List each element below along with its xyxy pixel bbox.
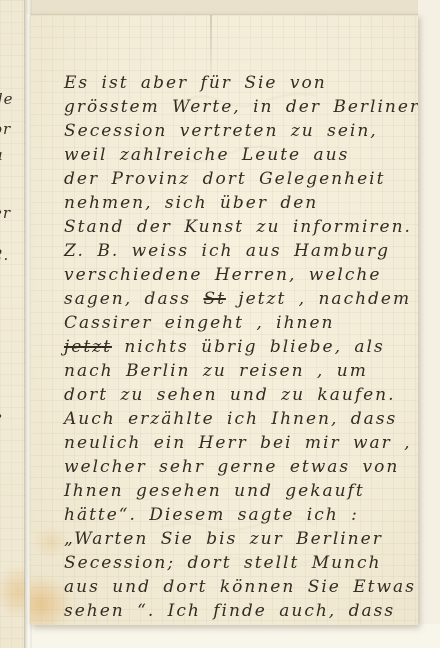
handwriting-segment: sagen, dass [64,289,203,309]
letter-page: Es ist aber für Sie vongrösstem Werte, i… [30,14,418,625]
handwriting-segment: Cassirer eingeht , ihnen [64,313,334,333]
letter-line: jetzt nichts übrig bliebe, als [64,335,418,359]
letter-line: Secession vertreten zu sein, [64,119,418,143]
letter-line: aus und dort können Sie Etwas [64,575,418,599]
letter-line: dort zu sehen und zu kaufen. [64,383,418,407]
handwriting-segment: hätte“. Diesem sagte ich : [64,505,359,525]
letter-line: hätte“. Diesem sagte ich : [64,503,418,527]
background-above-page [26,0,440,14]
handwriting-segment: nach Berlin zu reisen , um [64,361,368,381]
letter-line: Secession; dort stellt Munch [64,551,418,575]
letter-line: sehen “. Ich finde auch, dass [64,599,418,623]
handwriting-segment: aus und dort können Sie Etwas [64,577,416,597]
handwriting-segment: grösstem Werte, in der Berliner [64,97,418,117]
letter-line: der Provinz dort Gelegenheit [64,167,418,191]
letter-photo: deoruer2.e Es ist aber für Sie vongrösst… [0,0,440,648]
handwriting-segment: sehen “. Ich finde auch, dass [64,601,395,621]
handwriting-segment: neulich ein Herr bei mir war , [64,433,412,453]
crossed-out-word: jetzt [64,337,112,357]
handwriting-segment: der Provinz dort Gelegenheit [64,169,385,189]
handwriting-segment: Auch erzählte ich Ihnen, dass [64,409,397,429]
ink-stain-faint [34,527,68,557]
handwriting-segment: dort zu sehen und zu kaufen. [64,385,396,405]
letter-line: weil zahlreiche Leute aus [64,143,418,167]
ink-stain [0,566,25,618]
letter-line: welcher sehr gerne etwas von [64,455,418,479]
handwriting-segment: Ihnen gesehen und gekauft [64,481,365,501]
letter-line: Cassirer eingeht , ihnen [64,311,418,335]
letter-line: Ihnen gesehen und gekauft [64,479,418,503]
page-fragment: u [0,146,4,164]
background-below-page [26,624,440,648]
handwriting-segment: jetzt , nachdem [226,289,411,309]
letter-line: sagen, dass St jetzt , nachdem [64,287,418,311]
page-fragment: de [0,90,13,108]
letter-line: „Warten Sie bis zur Berliner [64,527,418,551]
letter-line: Stand der Kunst zu informiren. [64,215,418,239]
letter-line: nehmen, sich über den [64,191,418,215]
adjacent-page-strip: deoruer2.e [0,0,25,648]
letter-line: neulich ein Herr bei mir war , [64,431,418,455]
letter-line: Es ist aber für Sie von [64,71,418,95]
handwriting-segment: weil zahlreiche Leute aus [64,145,349,165]
handwriting-segment: Secession; dort stellt Munch [64,553,381,573]
letter-line: nach Berlin zu reisen , um [64,359,418,383]
letter-line: Z. B. weiss ich aus Hamburg [64,239,418,263]
handwriting-segment: Secession vertreten zu sein, [64,121,378,141]
letter-line: grösstem Werte, in der Berliner [64,95,418,119]
letter-text: Es ist aber für Sie vongrösstem Werte, i… [64,71,418,623]
page-fragment: e [0,408,3,426]
handwriting-segment: Es ist aber für Sie von [64,73,327,93]
background-right-of-page [418,0,440,648]
page-fragment: er [0,204,11,222]
handwriting-segment: Z. B. weiss ich aus Hamburg [64,241,390,261]
page-fragment: or [0,120,11,138]
handwriting-segment: nichts übrig bliebe, als [112,337,385,357]
handwriting-segment: welcher sehr gerne etwas von [64,457,399,477]
letter-line: Auch erzählte ich Ihnen, dass [64,407,418,431]
handwriting-segment: nehmen, sich über den [64,193,318,213]
page-fragment: 2. [0,246,9,264]
crossed-out-word: St [203,289,225,309]
handwriting-segment: verschiedene Herren, welche [64,265,381,285]
letter-line: verschiedene Herren, welche [64,263,418,287]
handwriting-segment: „Warten Sie bis zur Berliner [64,529,383,549]
handwriting-segment: Stand der Kunst zu informiren. [64,217,412,237]
